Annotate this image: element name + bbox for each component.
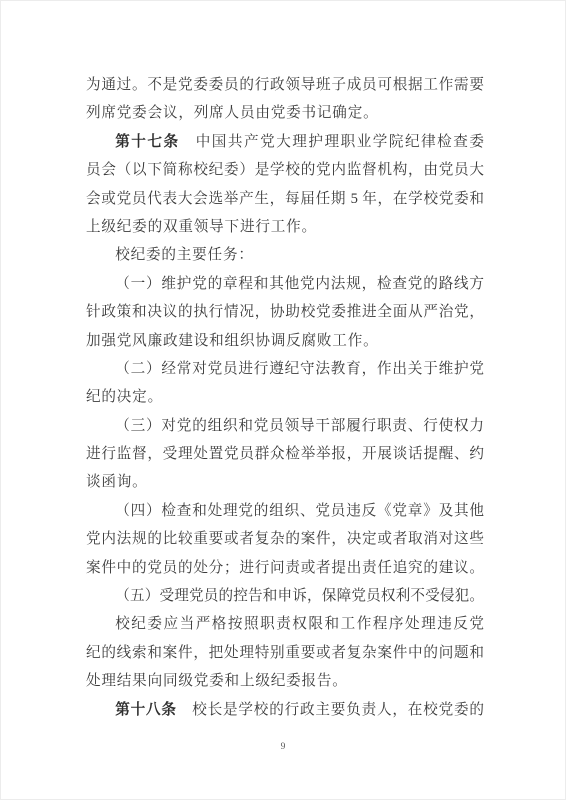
text-segment: 会或党员代表大会选举产生，每届任期 5 年，在学校党委和 [86,191,484,207]
text-line: 第十八条 校长是学校的行政主要负责人，在校党委的 [86,696,484,724]
text-line: 会或党员代表大会选举产生，每届任期 5 年，在学校党委和 [86,185,484,213]
text-line: （五）受理党员的控告和申诉，保障党员权利不受侵犯。 [86,582,484,610]
text-segment: 进行监督，受理处置党员群众检举举报，开展谈话提醒、约 [86,446,484,462]
text-segment: （二）经常对党员进行遵纪守法教育，作出关于维护党 [115,361,484,377]
text-line: 针政策和决议的执行情况，协助校党委推进全面从严治党， [86,298,484,326]
text-segment: 上级纪委的双重领导下进行工作。 [86,219,317,235]
text-segment: 为通过。不是党委委员的行政领导班子成员可根据工作需要 [86,77,484,93]
text-segment: （一）维护党的章程和其他党内法规，检查党的路线方 [115,276,484,292]
text-segment: 纪的线索和案件，把处理特别重要或者复杂案件中的问题和 [86,645,484,661]
text-segment: 中国共产党大理护理职业学院纪律检查委 [180,134,484,150]
text-segment: 针政策和决议的执行情况，协助校党委推进全面从严治党， [86,304,484,320]
text-line: 员会（以下简称校纪委）是学校的党内监督机构，由党员大 [86,156,484,184]
text-line: 上级纪委的双重领导下进行工作。 [86,213,484,241]
text-line: 校纪委应当严格按照职责权限和工作程序处理违反党 [86,610,484,638]
text-line: 列席党委会议，列席人员由党委书记确定。 [86,99,484,127]
text-line: 谈函询。 [86,468,484,496]
text-line: （四）检查和处理党的组织、党员违反《党章》及其他 [86,497,484,525]
article-heading: 第十八条 [115,702,177,718]
text-line: 纪的线索和案件，把处理特别重要或者复杂案件中的问题和 [86,639,484,667]
text-line: （二）经常对党员进行遵纪守法教育，作出关于维护党 [86,355,484,383]
text-segment: 案件中的党员的处分；进行问责或者提出责任追究的建议。 [86,560,484,576]
text-segment: （四）检查和处理党的组织、党员违反《党章》及其他 [115,503,484,519]
text-segment: 纪的决定。 [86,389,163,405]
text-line: （一）维护党的章程和其他党内法规，检查党的路线方 [86,270,484,298]
text-segment: 加强党风廉政建设和组织协调反腐败工作。 [86,333,378,349]
text-line: 党内法规的比较重要或者复杂的案件，决定或者取消对这些 [86,525,484,553]
document-body: 为通过。不是党委委员的行政领导班子成员可根据工作需要列席党委会议，列席人员由党委… [86,71,484,724]
text-segment: 党内法规的比较重要或者复杂的案件，决定或者取消对这些 [86,531,484,547]
text-line: 进行监督，受理处置党员群众检举举报，开展谈话提醒、约 [86,440,484,468]
text-segment: 处理结果向同级党委和上级纪委报告。 [86,673,348,689]
document-page: 为通过。不是党委委员的行政领导班子成员可根据工作需要列席党委会议，列席人员由党委… [0,0,566,800]
text-segment: 校纪委应当严格按照职责权限和工作程序处理违反党 [115,616,484,632]
text-line: 加强党风廉政建设和组织协调反腐败工作。 [86,327,484,355]
text-segment: （三）对党的组织和党员领导干部履行职责、行使权力 [115,418,484,434]
text-line: 处理结果向同级党委和上级纪委报告。 [86,667,484,695]
text-line: 第十七条 中国共产党大理护理职业学院纪律检查委 [86,128,484,156]
text-line: （三）对党的组织和党员领导干部履行职责、行使权力 [86,412,484,440]
text-line: 校纪委的主要任务： [86,241,484,269]
text-segment: 校长是学校的行政主要负责人，在校党委的 [177,702,484,718]
text-line: 案件中的党员的处分；进行问责或者提出责任追究的建议。 [86,554,484,582]
text-segment: 谈函询。 [86,474,148,490]
page-number: 9 [1,741,565,753]
text-segment: （五）受理党员的控告和申诉，保障党员权利不受侵犯。 [115,588,484,604]
text-line: 纪的决定。 [86,383,484,411]
text-segment: 校纪委的主要任务： [115,247,254,263]
article-heading: 第十七条 [115,134,179,150]
text-segment: 列席党委会议，列席人员由党委书记确定。 [86,105,378,121]
text-segment: 员会（以下简称校纪委）是学校的党内监督机构，由党员大 [86,162,484,178]
text-line: 为通过。不是党委委员的行政领导班子成员可根据工作需要 [86,71,484,99]
